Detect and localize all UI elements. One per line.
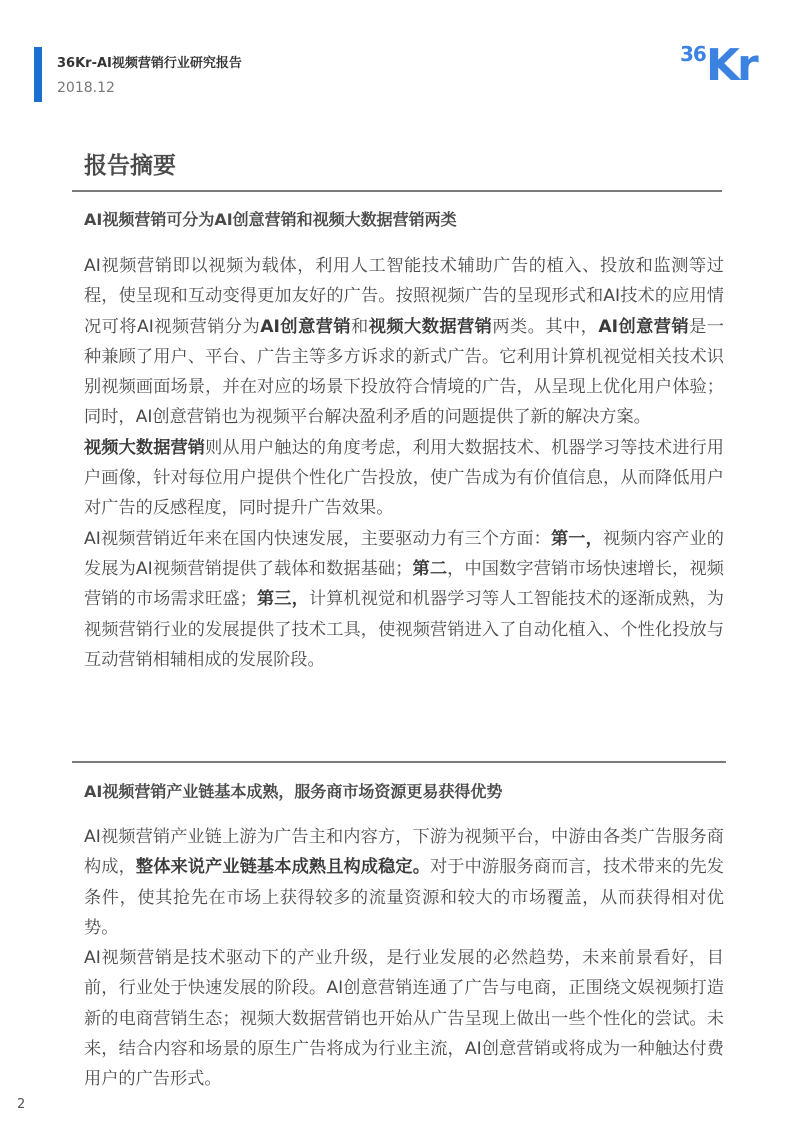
section-divider bbox=[72, 761, 726, 763]
emphasis-text: 第一， bbox=[551, 529, 603, 549]
paragraph-text: 和 bbox=[351, 317, 369, 337]
emphasis-text: AI创意营销 bbox=[260, 317, 351, 337]
page-number: 2 bbox=[17, 1097, 25, 1112]
section-body-1: AI视频营销即以视频为载体，利用人工智能技术辅助广告的植入、投放和监测等过程，使… bbox=[84, 251, 724, 675]
logo-number: 36 bbox=[680, 44, 706, 64]
report-date: 2018.12 bbox=[57, 80, 115, 96]
body-paragraph: AI视频营销近年来在国内快速发展，主要驱动力有三个方面：第一，视频内容产业的发展… bbox=[84, 524, 724, 675]
paragraph-text: AI视频营销是技术驱动下的产业升级，是行业发展的必然趋势，未来前景看好，目前，行… bbox=[84, 948, 724, 1089]
section-title-2: AI视频营销产业链基本成熟，服务商市场资源更易获得优势 bbox=[84, 779, 502, 802]
body-paragraph: AI视频营销是技术驱动下的产业升级，是行业发展的必然趋势，未来前景看好，目前，行… bbox=[84, 943, 724, 1094]
paragraph-text: 两类。其中， bbox=[492, 317, 598, 337]
emphasis-text: 第二 bbox=[412, 559, 447, 579]
emphasis-text: 视频大数据营销 bbox=[369, 317, 493, 337]
emphasis-text: 第三， bbox=[257, 589, 309, 609]
header-accent-bar bbox=[34, 47, 42, 102]
paragraph-text: AI视频营销近年来在国内快速发展，主要驱动力有三个方面： bbox=[84, 529, 551, 549]
body-paragraph: AI视频营销产业链上游为广告主和内容方，下游为视频平台，中游由各类广告服务商构成… bbox=[84, 822, 724, 943]
36kr-logo: 36 Kr bbox=[680, 40, 756, 90]
emphasis-text: AI创意营销 bbox=[598, 317, 689, 337]
logo-letters: Kr bbox=[706, 44, 756, 88]
section-body-2: AI视频营销产业链上游为广告主和内容方，下游为视频平台，中游由各类广告服务商构成… bbox=[84, 822, 724, 1095]
report-title: 36Kr-AI视频营销行业研究报告 bbox=[57, 52, 242, 71]
body-paragraph: AI视频营销即以视频为载体，利用人工智能技术辅助广告的植入、投放和监测等过程，使… bbox=[84, 251, 724, 433]
emphasis-text: 视频大数据营销 bbox=[84, 438, 205, 458]
page-heading: 报告摘要 bbox=[84, 147, 176, 180]
section-title-1: AI视频营销可分为AI创意营销和视频大数据营销两类 bbox=[84, 207, 457, 230]
emphasis-text: 整体来说产业链基本成熟且构成稳定。 bbox=[136, 857, 430, 877]
body-paragraph: 视频大数据营销则从用户触达的角度考虑，利用大数据技术、机器学习等技术进行用户画像… bbox=[84, 433, 724, 524]
heading-divider bbox=[72, 190, 722, 192]
